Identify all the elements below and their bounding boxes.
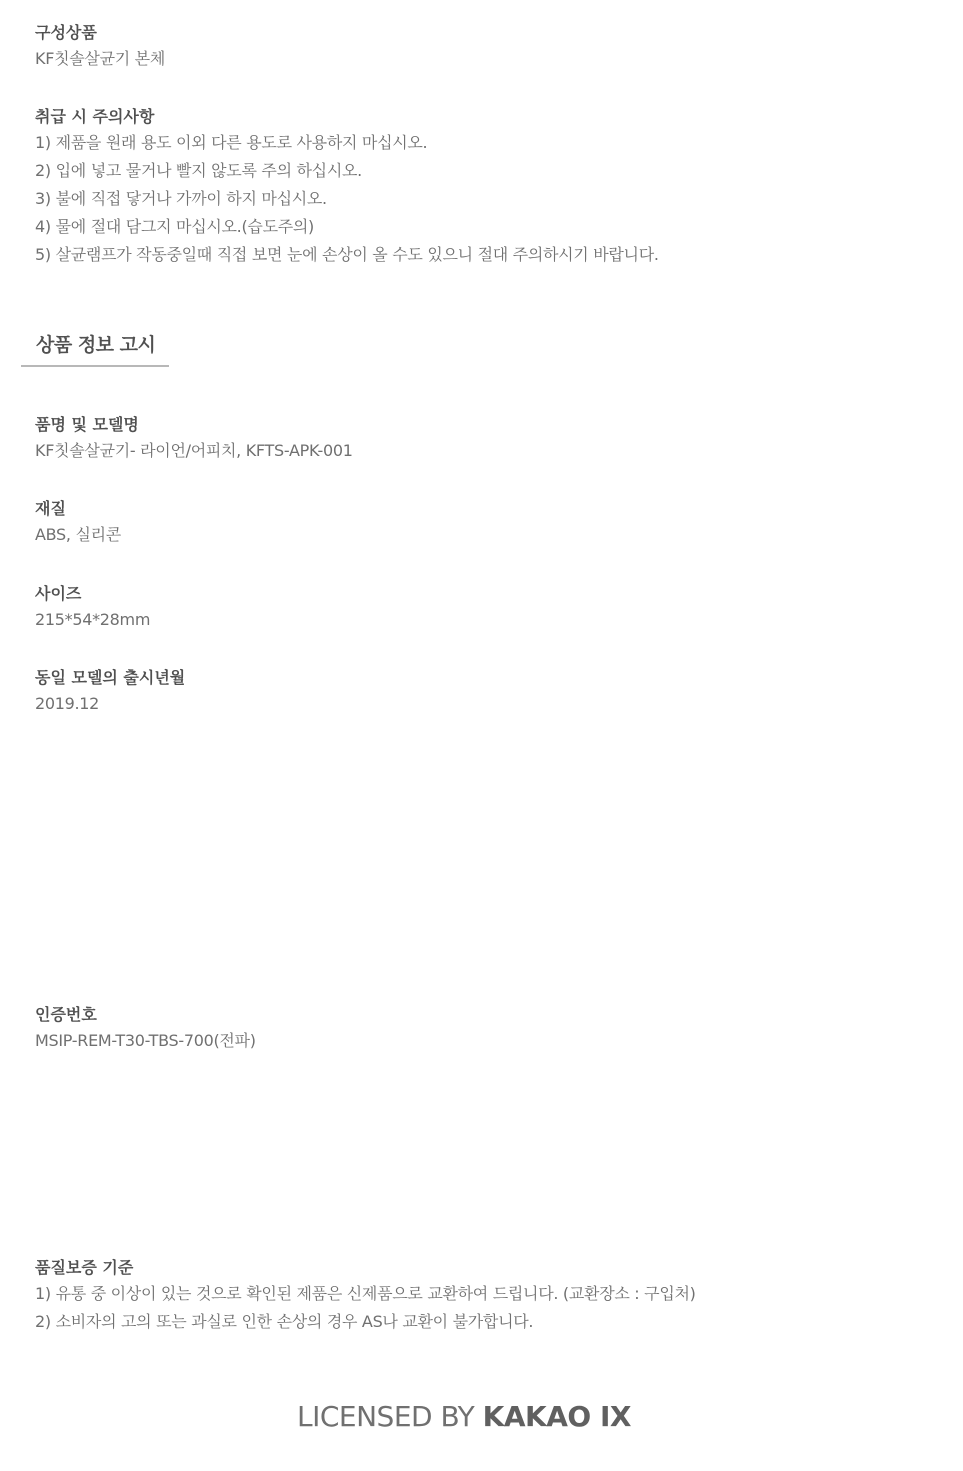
notice-title-underline xyxy=(21,365,169,367)
notice-field-material: 재질 ABS, 실리콘 xyxy=(35,497,121,549)
field-value: KF칫솔살균기- 라이언/어피치, KFTS-APK-001 xyxy=(35,437,353,465)
license-prefix: LICENSED BY xyxy=(297,1400,483,1433)
handling-item: 3) 불에 직접 닿거나 가까이 하지 마십시오. xyxy=(35,185,659,213)
handling-list: 1) 제품을 원래 용도 이외 다른 용도로 사용하지 마십시오. 2) 입에 … xyxy=(35,129,659,269)
license-footer: LICENSED BY KAKAO IX xyxy=(0,1400,928,1433)
field-value: 2019.12 xyxy=(35,690,185,718)
warranty-section: 품질보증 기준 1) 유통 중 이상이 있는 것으로 확인된 제품은 신제품으로… xyxy=(35,1256,696,1336)
handling-item: 5) 살균램프가 작동중일때 직접 보면 눈에 손상이 올 수도 있으니 절대 … xyxy=(35,241,659,269)
handling-label: 취급 시 주의사항 xyxy=(35,105,659,129)
field-value: ABS, 실리콘 xyxy=(35,521,121,549)
components-value: KF칫솔살균기 본체 xyxy=(35,45,165,73)
handling-item: 1) 제품을 원래 용도 이외 다른 용도로 사용하지 마십시오. xyxy=(35,129,659,157)
warranty-item: 2) 소비자의 고의 또는 과실로 인한 손상의 경우 AS나 교환이 불가합니… xyxy=(35,1308,696,1336)
field-label: 인증번호 xyxy=(35,1003,256,1027)
notice-field-release-date: 동일 모델의 출시년월 2019.12 xyxy=(35,666,185,718)
field-value: 215*54*28mm xyxy=(35,606,150,634)
warranty-item: 1) 유통 중 이상이 있는 것으로 확인된 제품은 신제품으로 교환하여 드립… xyxy=(35,1280,696,1308)
notice-field-model: 품명 및 모델명 KF칫솔살균기- 라이언/어피치, KFTS-APK-001 xyxy=(35,413,353,465)
warranty-list: 1) 유통 중 이상이 있는 것으로 확인된 제품은 신제품으로 교환하여 드립… xyxy=(35,1280,696,1336)
warranty-label: 품질보증 기준 xyxy=(35,1256,696,1280)
components-label: 구성상품 xyxy=(35,21,165,45)
field-label: 품명 및 모델명 xyxy=(35,413,353,437)
notice-title: 상품 정보 고시 xyxy=(36,330,155,357)
field-label: 동일 모델의 출시년월 xyxy=(35,666,185,690)
handling-section: 취급 시 주의사항 1) 제품을 원래 용도 이외 다른 용도로 사용하지 마십… xyxy=(35,105,659,269)
components-section: 구성상품 KF칫솔살균기 본체 xyxy=(35,21,165,73)
field-label: 재질 xyxy=(35,497,121,521)
notice-field-certification: 인증번호 MSIP-REM-T30-TBS-700(전파) xyxy=(35,1003,256,1055)
handling-item: 2) 입에 넣고 물거나 빨지 않도록 주의 하십시오. xyxy=(35,157,659,185)
notice-field-size: 사이즈 215*54*28mm xyxy=(35,582,150,634)
handling-item: 4) 물에 절대 담그지 마십시오.(습도주의) xyxy=(35,213,659,241)
license-brand: KAKAO IX xyxy=(483,1400,631,1433)
field-value: MSIP-REM-T30-TBS-700(전파) xyxy=(35,1027,256,1055)
field-label: 사이즈 xyxy=(35,582,150,606)
